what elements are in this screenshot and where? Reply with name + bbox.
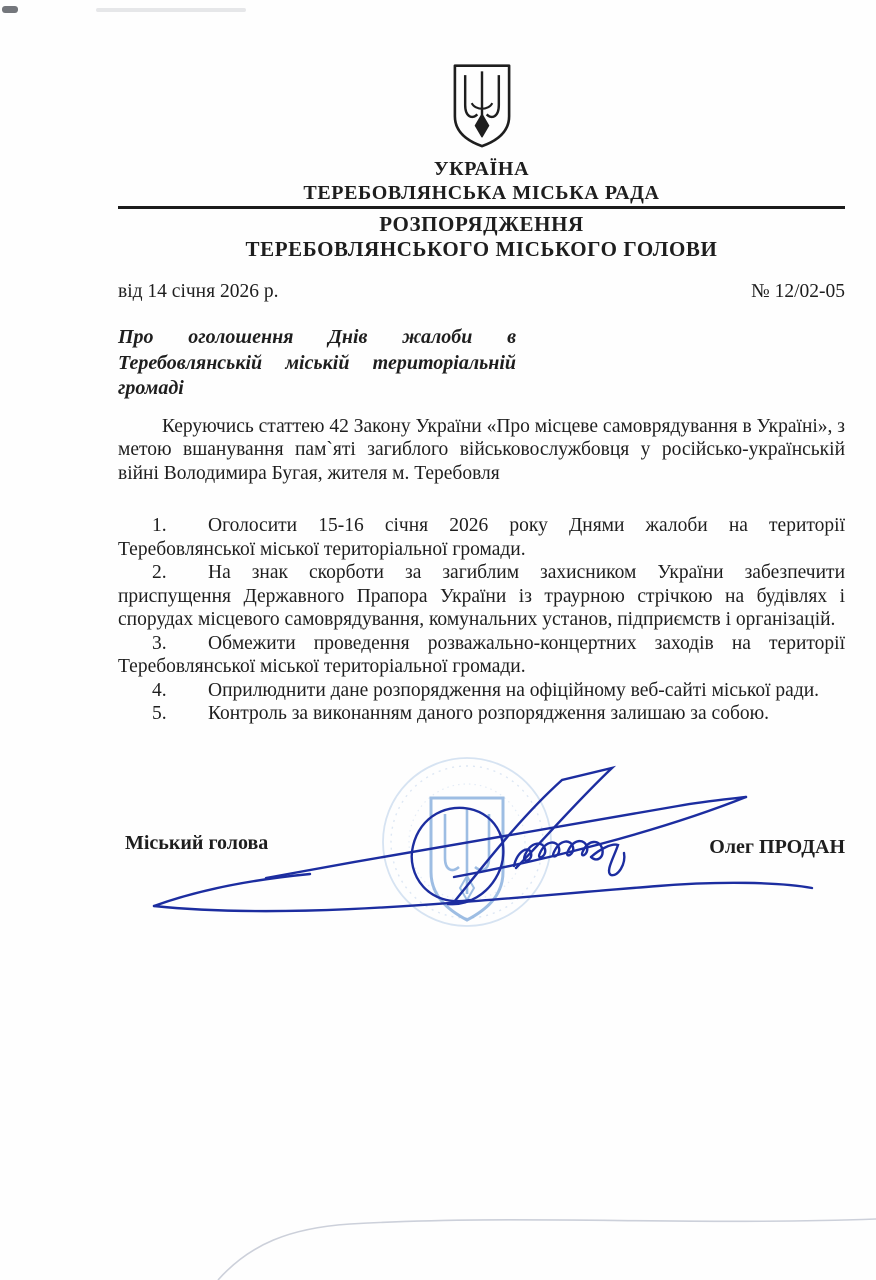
header-divider <box>118 206 845 209</box>
item-text: На знак скорботи за загиблим захисником … <box>118 562 845 630</box>
header-country: УКРАЇНА <box>118 157 845 181</box>
ukraine-trident-icon <box>449 62 515 148</box>
header-doc-author: ТЕРЕБОВЛЯНСЬКОГО МІСЬКОГО ГОЛОВИ <box>118 237 845 262</box>
scan-smudge <box>96 8 246 12</box>
coat-of-arms-wrap <box>118 62 845 153</box>
item-number: 5. <box>152 702 208 726</box>
meta-row: від 14 січня 2026 р. № 12/02-05 <box>118 280 845 304</box>
item-text: Обмежити проведення розважально-концертн… <box>118 633 845 678</box>
decree-item: 3.Обмежити проведення розважально-концер… <box>118 632 845 679</box>
page-curl-line <box>0 1210 876 1280</box>
item-number: 2. <box>152 561 208 585</box>
item-text: Контроль за виконанням даного розпорядже… <box>208 703 769 724</box>
item-text: Оголосити 15-16 січня 2026 року Днями жа… <box>118 515 845 560</box>
scan-speck <box>2 6 18 13</box>
header-council: ТЕРЕБОВЛЯНСЬКА МІСЬКА РАДА <box>118 181 845 205</box>
doc-number: № 12/02-05 <box>751 280 845 304</box>
signature-block: Міський голова Олег ПРОДАН <box>118 754 845 969</box>
item-number: 3. <box>152 632 208 656</box>
signer-name: Олег ПРОДАН <box>709 836 845 859</box>
decree-item: 1.Оголосити 15-16 січня 2026 року Днями … <box>118 514 845 561</box>
doc-preamble: Керуючись статтею 42 Закону України «Про… <box>118 415 845 486</box>
doc-date: від 14 січня 2026 р. <box>118 280 278 304</box>
header-doc-type: РОЗПОРЯДЖЕННЯ <box>118 212 845 237</box>
item-number: 1. <box>152 514 208 538</box>
decree-items: 1.Оголосити 15-16 січня 2026 року Днями … <box>118 514 845 726</box>
doc-subject: Про оголошення Днів жалоби в Теребовлянс… <box>118 325 516 402</box>
decree-item: 2.На знак скорботи за загиблим захиснико… <box>118 561 845 632</box>
document-content: УКРАЇНА ТЕРЕБОВЛЯНСЬКА МІСЬКА РАДА РОЗПО… <box>118 62 845 969</box>
signature-and-stamp-art <box>118 754 847 969</box>
decree-item: 4.Оприлюднити дане розпорядження на офіц… <box>118 679 845 703</box>
item-text: Оприлюднити дане розпорядження на офіцій… <box>208 680 819 701</box>
item-number: 4. <box>152 679 208 703</box>
document-page: УКРАЇНА ТЕРЕБОВЛЯНСЬКА МІСЬКА РАДА РОЗПО… <box>0 0 876 1280</box>
signer-position: Міський голова <box>125 832 268 855</box>
decree-item: 5.Контроль за виконанням даного розпоряд… <box>118 702 845 726</box>
